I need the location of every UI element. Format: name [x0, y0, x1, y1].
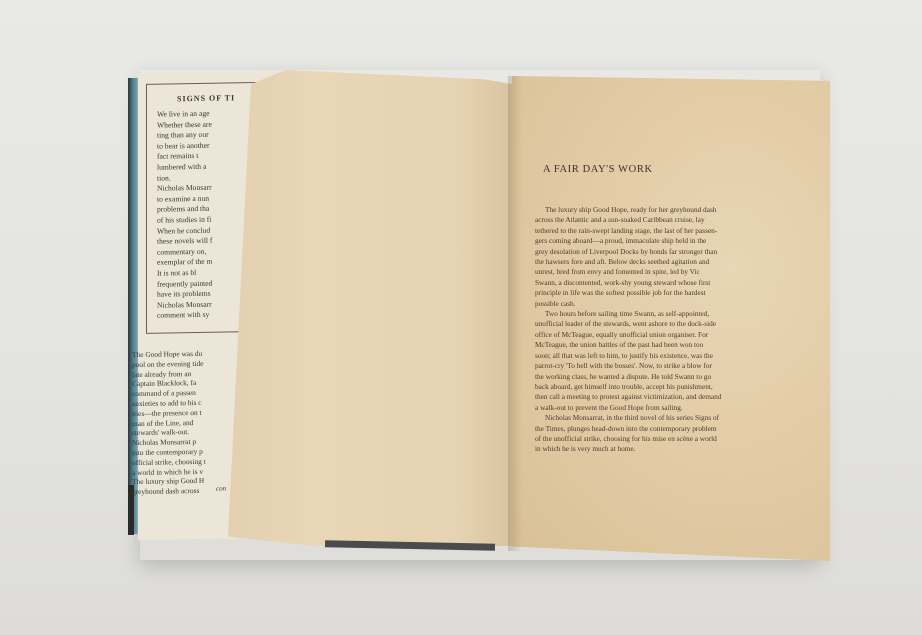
page-body-line: office of McTeague, equally unofficial u… — [535, 330, 767, 340]
page-body-line: of the unofficial strike, choosing for h… — [535, 434, 767, 444]
page-body-line: Swann, a discontented, work-shy young st… — [535, 278, 767, 288]
page-body-line: Two hours before sailing time Swann, as … — [535, 309, 767, 319]
flap-synopsis-line: ities—the presence on t — [132, 408, 206, 419]
page-body-line: parrot-cry 'To hell with the bosses'. No… — [535, 361, 767, 371]
page-body-line: the hawsers fore and aft. Below decks se… — [535, 257, 767, 267]
page-body-line: back aboard, get himself into trouble, a… — [535, 382, 767, 392]
page-body-line: possible cash. — [535, 299, 767, 309]
flap-synopsis-line: pool on the evening tide — [132, 359, 206, 370]
blank-left-page — [228, 70, 514, 546]
page-body-line: the Times, plunges head-down into the co… — [535, 424, 767, 434]
flap-synopsis-line: greyhound dash across — [132, 486, 206, 497]
page-body-line: unofficial leader of the stewards, went … — [535, 319, 767, 329]
page-body-line: a walk-out to prevent the Good Hope from… — [535, 403, 767, 413]
page-body-line: the working class, he wanted a dispute. … — [535, 372, 767, 382]
page-body-line: McTeague, the union battles of the past … — [535, 340, 767, 350]
page-body-line: principle in life was the softest possib… — [535, 288, 767, 298]
flap-continued: con — [216, 484, 226, 492]
gutter-shadow — [508, 76, 522, 551]
page-body-line: gers coming aboard—a proud, immaculate s… — [535, 236, 767, 246]
page-body-line: Nicholas Monsarrat, in the third novel o… — [535, 413, 767, 423]
page-body-line: soon; all that was left to him, to justi… — [535, 351, 767, 361]
page-title: A FAIR DAY'S WORK — [543, 164, 653, 175]
page-body-line: then call a meeting to protest against v… — [535, 392, 767, 402]
page-body-line: across the Atlantic and a sun-soaked Car… — [535, 215, 767, 225]
page-body-line: The luxury ship Good Hope, ready for her… — [535, 205, 767, 215]
page-body-line: grey desolation of Liverpool Docks by bo… — [535, 247, 767, 257]
page-body-line: tethered to the rain-swept landing stage… — [535, 226, 767, 236]
flap-synopsis: The Good Hope was dupool on the evening … — [132, 349, 206, 497]
page-body-line: in which he is very much at home. — [535, 444, 767, 454]
page-body-line: unrest, bred from envy and fomented in s… — [535, 267, 767, 277]
page-body-text: The luxury ship Good Hope, ready for her… — [535, 205, 767, 455]
